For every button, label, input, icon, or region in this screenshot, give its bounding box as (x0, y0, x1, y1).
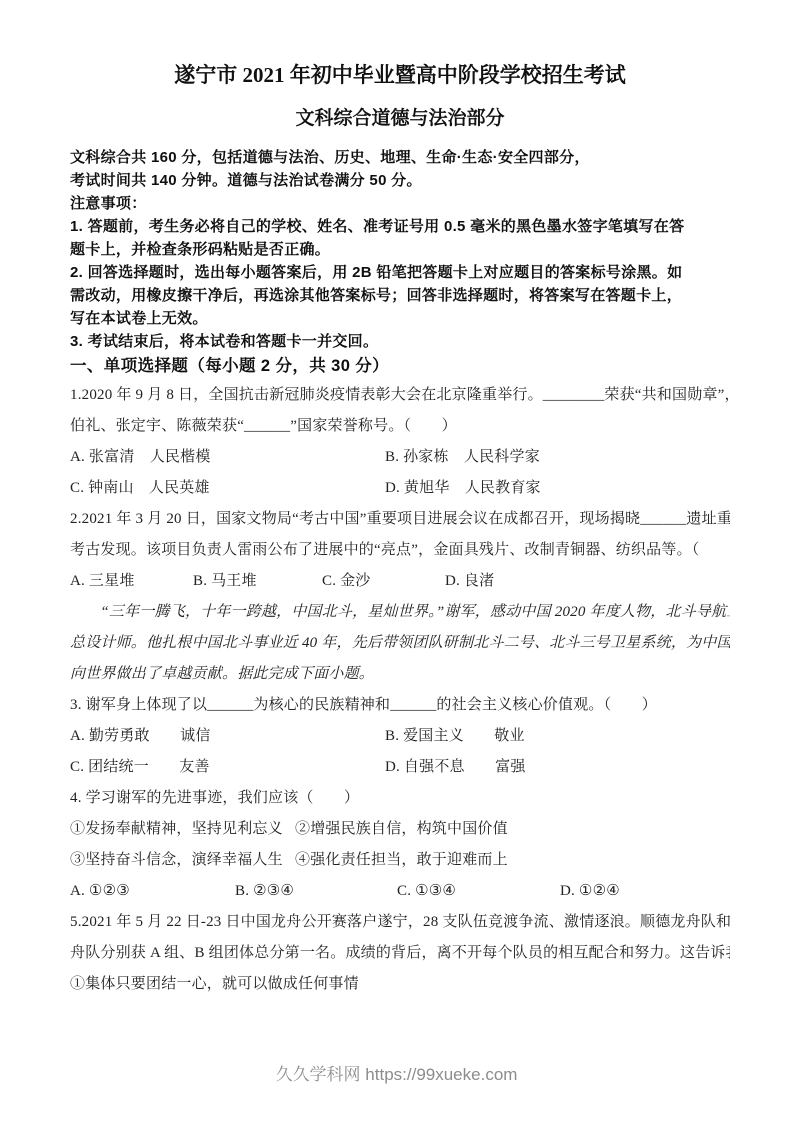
question-1-options-row: C. 钟南山 人民英雄 D. 黄旭华 人民教育家 (70, 473, 730, 504)
question-5-text-line: 舟队分别获 A 组、B 组团体总分第一名。成绩的背后，离不开每个队员的相互配合和… (70, 938, 730, 969)
q2-option-d: D. 良渚 (445, 566, 730, 597)
passage-line: 总设计师。他扎根中国北斗事业近 40 年，先后带领团队研制北斗二号、北斗三号卫星… (70, 628, 730, 659)
q3-option-c: C. 团结统一 友善 (70, 752, 385, 783)
question-1-text-line: 1.2020 年 9 月 8 日，全国抗击新冠肺炎疫情表彰大会在北京隆重举行。_… (70, 380, 730, 411)
reading-passage: “三年一腾飞，十年一跨越，中国北斗，星灿世界。”谢军，感动中国 2020 年度人… (70, 597, 730, 690)
page-title: 遂宁市 2021 年初中毕业暨高中阶段学校招生考试 (70, 60, 730, 90)
note-line: 题卡上，并检查条形码粘贴是否正确。 (70, 238, 730, 261)
q2-option-c: C. 金沙 (322, 566, 445, 597)
q4-option-d: D. ①②④ (560, 876, 730, 907)
passage-line: 向世界做出了卓越贡献。据此完成下面小题。 (70, 659, 730, 690)
page-subtitle: 文科综合道德与法治部分 (70, 106, 730, 132)
question-5-text-line: 5.2021 年 5 月 22 日-23 日中国龙舟公开赛落户遂宁，28 支队伍… (70, 907, 730, 938)
question-1: 1.2020 年 9 月 8 日，全国抗击新冠肺炎疫情表彰大会在北京隆重举行。_… (70, 380, 730, 504)
q1-option-c: C. 钟南山 人民英雄 (70, 473, 385, 504)
question-3-text-line: 3. 谢军身上体现了以______为核心的民族精神和______的社会主义核心价… (70, 690, 730, 721)
footer-url-link[interactable]: https://99xueke.com (365, 1065, 517, 1084)
question-2: 2.2021 年 3 月 20 日，国家文物局“考古中国”重要项目进展会议在成都… (70, 504, 730, 597)
q2-option-a: A. 三星堆 (70, 566, 193, 597)
q3-option-d: D. 自强不息 富强 (385, 752, 730, 783)
exam-paper-page: 遂宁市 2021 年初中毕业暨高中阶段学校招生考试 文科综合道德与法治部分 文科… (0, 0, 793, 1122)
site-footer: 久久学科网 https://99xueke.com (0, 1063, 793, 1087)
passage-line: “三年一腾飞，十年一跨越，中国北斗，星灿世界。”谢军，感动中国 2020 年度人… (70, 597, 730, 628)
questions-area: 1.2020 年 9 月 8 日，全国抗击新冠肺炎疫情表彰大会在北京隆重举行。_… (70, 380, 730, 1000)
exam-preamble: 文科综合共 160 分，包括道德与法治、历史、地理、生命·生态·安全四部分， 考… (70, 146, 730, 353)
question-4-options-row: A. ①②③ B. ②③④ C. ①③④ D. ①②④ (70, 876, 730, 907)
question-3-options-row: C. 团结统一 友善 D. 自强不息 富强 (70, 752, 730, 783)
question-3-options-row: A. 勤劳勇敢 诚信 B. 爱国主义 敬业 (70, 721, 730, 752)
q1-option-a: A. 张富清 人民楷模 (70, 442, 385, 473)
preamble-line: 考试时间共 140 分钟。道德与法治试卷满分 50 分。 (70, 169, 730, 192)
note-line: 1. 答题前，考生务必将自己的学校、姓名、准考证号用 0.5 毫米的黑色墨水签字… (70, 215, 730, 238)
q1-option-b: B. 孙家栋 人民科学家 (385, 442, 730, 473)
question-2-text-line: 2.2021 年 3 月 20 日，国家文物局“考古中国”重要项目进展会议在成都… (70, 504, 730, 535)
note-line: 2. 回答选择题时，选出每小题答案后，用 2B 铅笔把答题卡上对应题目的答案标号… (70, 261, 730, 284)
page-content: 遂宁市 2021 年初中毕业暨高中阶段学校招生考试 文科综合道德与法治部分 文科… (0, 0, 793, 1000)
question-2-text-line: 考古发现。该项目负责人雷雨公布了进展中的“亮点”，金面具残片、改制青铜器、纺织品… (70, 535, 730, 566)
section-heading: 一、单项选择题（每小题 2 分，共 30 分） (70, 353, 730, 380)
q3-option-b: B. 爱国主义 敬业 (385, 721, 730, 752)
q1-option-d: D. 黄旭华 人民教育家 (385, 473, 730, 504)
q4-item-1: ①发扬奉献精神，坚持见利忘义 (70, 814, 295, 845)
q5-item-1: ①集体只要团结一心，就可以做成任何事情 (70, 969, 730, 1000)
question-3: 3. 谢军身上体现了以______为核心的民族精神和______的社会主义核心价… (70, 690, 730, 783)
q4-option-c: C. ①③④ (397, 876, 560, 907)
q4-item-3: ③坚持奋斗信念，演绎幸福人生 (70, 845, 295, 876)
q4-option-a: A. ①②③ (70, 876, 235, 907)
note-line: 写在本试卷上无效。 (70, 307, 730, 330)
q3-option-a: A. 勤劳勇敢 诚信 (70, 721, 385, 752)
q4-item-4: ④强化责任担当，敢于迎难而上 (295, 845, 730, 876)
note-line: 需改动，用橡皮擦干净后，再选涂其他答案标号；回答非选择题时，将答案写在答题卡上， (70, 284, 730, 307)
question-2-options-row: A. 三星堆 B. 马王堆 C. 金沙 D. 良渚 (70, 566, 730, 597)
question-4-text-line: 4. 学习谢军的先进事迹，我们应该（ ） (70, 783, 730, 814)
question-4-items-row: ③坚持奋斗信念，演绎幸福人生 ④强化责任担当，敢于迎难而上 (70, 845, 730, 876)
question-4: 4. 学习谢军的先进事迹，我们应该（ ） ①发扬奉献精神，坚持见利忘义 ②增强民… (70, 783, 730, 907)
question-5: 5.2021 年 5 月 22 日-23 日中国龙舟公开赛落户遂宁，28 支队伍… (70, 907, 730, 1000)
q4-item-2: ②增强民族自信，构筑中国价值 (295, 814, 730, 845)
note-line: 3. 考试结束后，将本试卷和答题卡一并交回。 (70, 330, 730, 353)
question-1-text-line: 伯礼、张定宇、陈薇荣获“______”国家荣誉称号。（ ） (70, 411, 730, 442)
footer-site-name: 久久学科网 (276, 1065, 361, 1084)
question-4-items-row: ①发扬奉献精神，坚持见利忘义 ②增强民族自信，构筑中国价值 (70, 814, 730, 845)
preamble-line: 文科综合共 160 分，包括道德与法治、历史、地理、生命·生态·安全四部分， (70, 146, 730, 169)
notes-heading: 注意事项： (70, 192, 730, 215)
question-1-options-row: A. 张富清 人民楷模 B. 孙家栋 人民科学家 (70, 442, 730, 473)
q2-option-b: B. 马王堆 (193, 566, 322, 597)
q4-option-b: B. ②③④ (235, 876, 397, 907)
